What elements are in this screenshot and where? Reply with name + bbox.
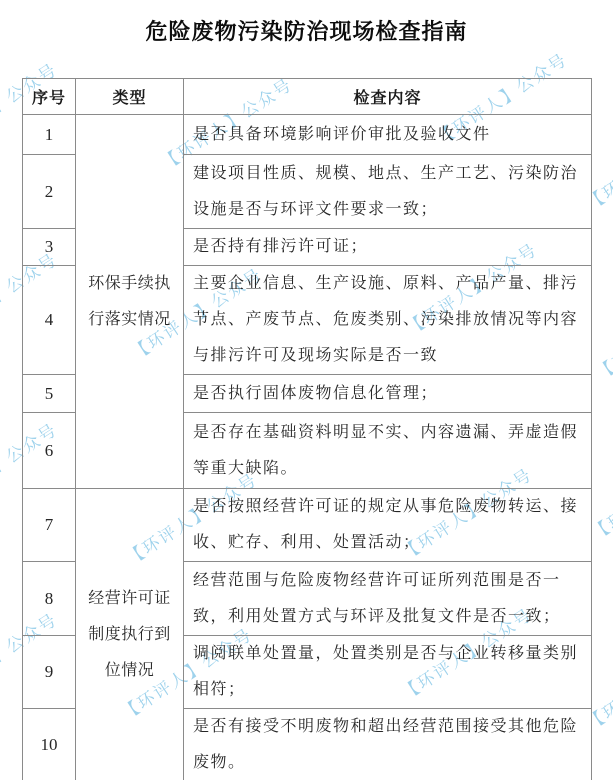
row-number: 5: [23, 375, 76, 413]
row-number: 8: [23, 562, 76, 636]
row-content: 建设项目性质、规模、地点、生产工艺、污染防治设施是否与环评文件要求一致；: [184, 155, 592, 229]
row-content: 是否具备环境影响评价审批及验收文件: [184, 115, 592, 155]
table-row: 7 经营许可证制度执行到位情况 是否按照经营许可证的规定从事危险废物转运、接收、…: [23, 489, 592, 562]
row-number: 3: [23, 229, 76, 266]
page-title: 危险废物污染防治现场检查指南: [0, 0, 613, 46]
type-group-2: 经营许可证制度执行到位情况: [76, 489, 184, 780]
header-row: 序号 类型 检查内容: [23, 79, 592, 115]
row-content: 是否有接受不明废物和超出经营范围接受其他危险废物。: [184, 709, 592, 780]
col-header-type: 类型: [76, 79, 184, 115]
row-number: 10: [23, 709, 76, 780]
table-row: 1 环保手续执行落实情况 是否具备环境影响评价审批及验收文件: [23, 115, 592, 155]
row-number: 7: [23, 489, 76, 562]
row-content: 是否执行固体废物信息化管理；: [184, 375, 592, 413]
col-header-no: 序号: [23, 79, 76, 115]
row-number: 1: [23, 115, 76, 155]
row-content: 是否按照经营许可证的规定从事危险废物转运、接收、贮存、利用、处置活动；: [184, 489, 592, 562]
row-content: 主要企业信息、生产设施、原料、产品产量、排污节点、产废节点、危废类别、污染排放情…: [184, 266, 592, 375]
inspection-table: 序号 类型 检查内容 1 环保手续执行落实情况 是否具备环境影响评价审批及验收文…: [22, 78, 592, 780]
row-content: 是否存在基础资料明显不实、内容遗漏、弄虚造假等重大缺陷。: [184, 413, 592, 489]
row-number: 9: [23, 636, 76, 709]
row-number: 6: [23, 413, 76, 489]
row-content: 经营范围与危险废物经营许可证所列范围是否一致，利用处置方式与环评及批复文件是否一…: [184, 562, 592, 636]
col-header-content: 检查内容: [184, 79, 592, 115]
row-number: 4: [23, 266, 76, 375]
row-number: 2: [23, 155, 76, 229]
watermark-text: 【环评人】公众号: [590, 281, 613, 385]
row-content: 是否持有排污许可证；: [184, 229, 592, 266]
document-page: 【环评人】公众号 【环评人】公众号 【环评人】公众号 【环评人】公众号 【环评人…: [0, 0, 613, 780]
type-group-1: 环保手续执行落实情况: [76, 115, 184, 489]
row-content: 调阅联单处置量，处置类别是否与企业转移量类别相符；: [184, 636, 592, 709]
